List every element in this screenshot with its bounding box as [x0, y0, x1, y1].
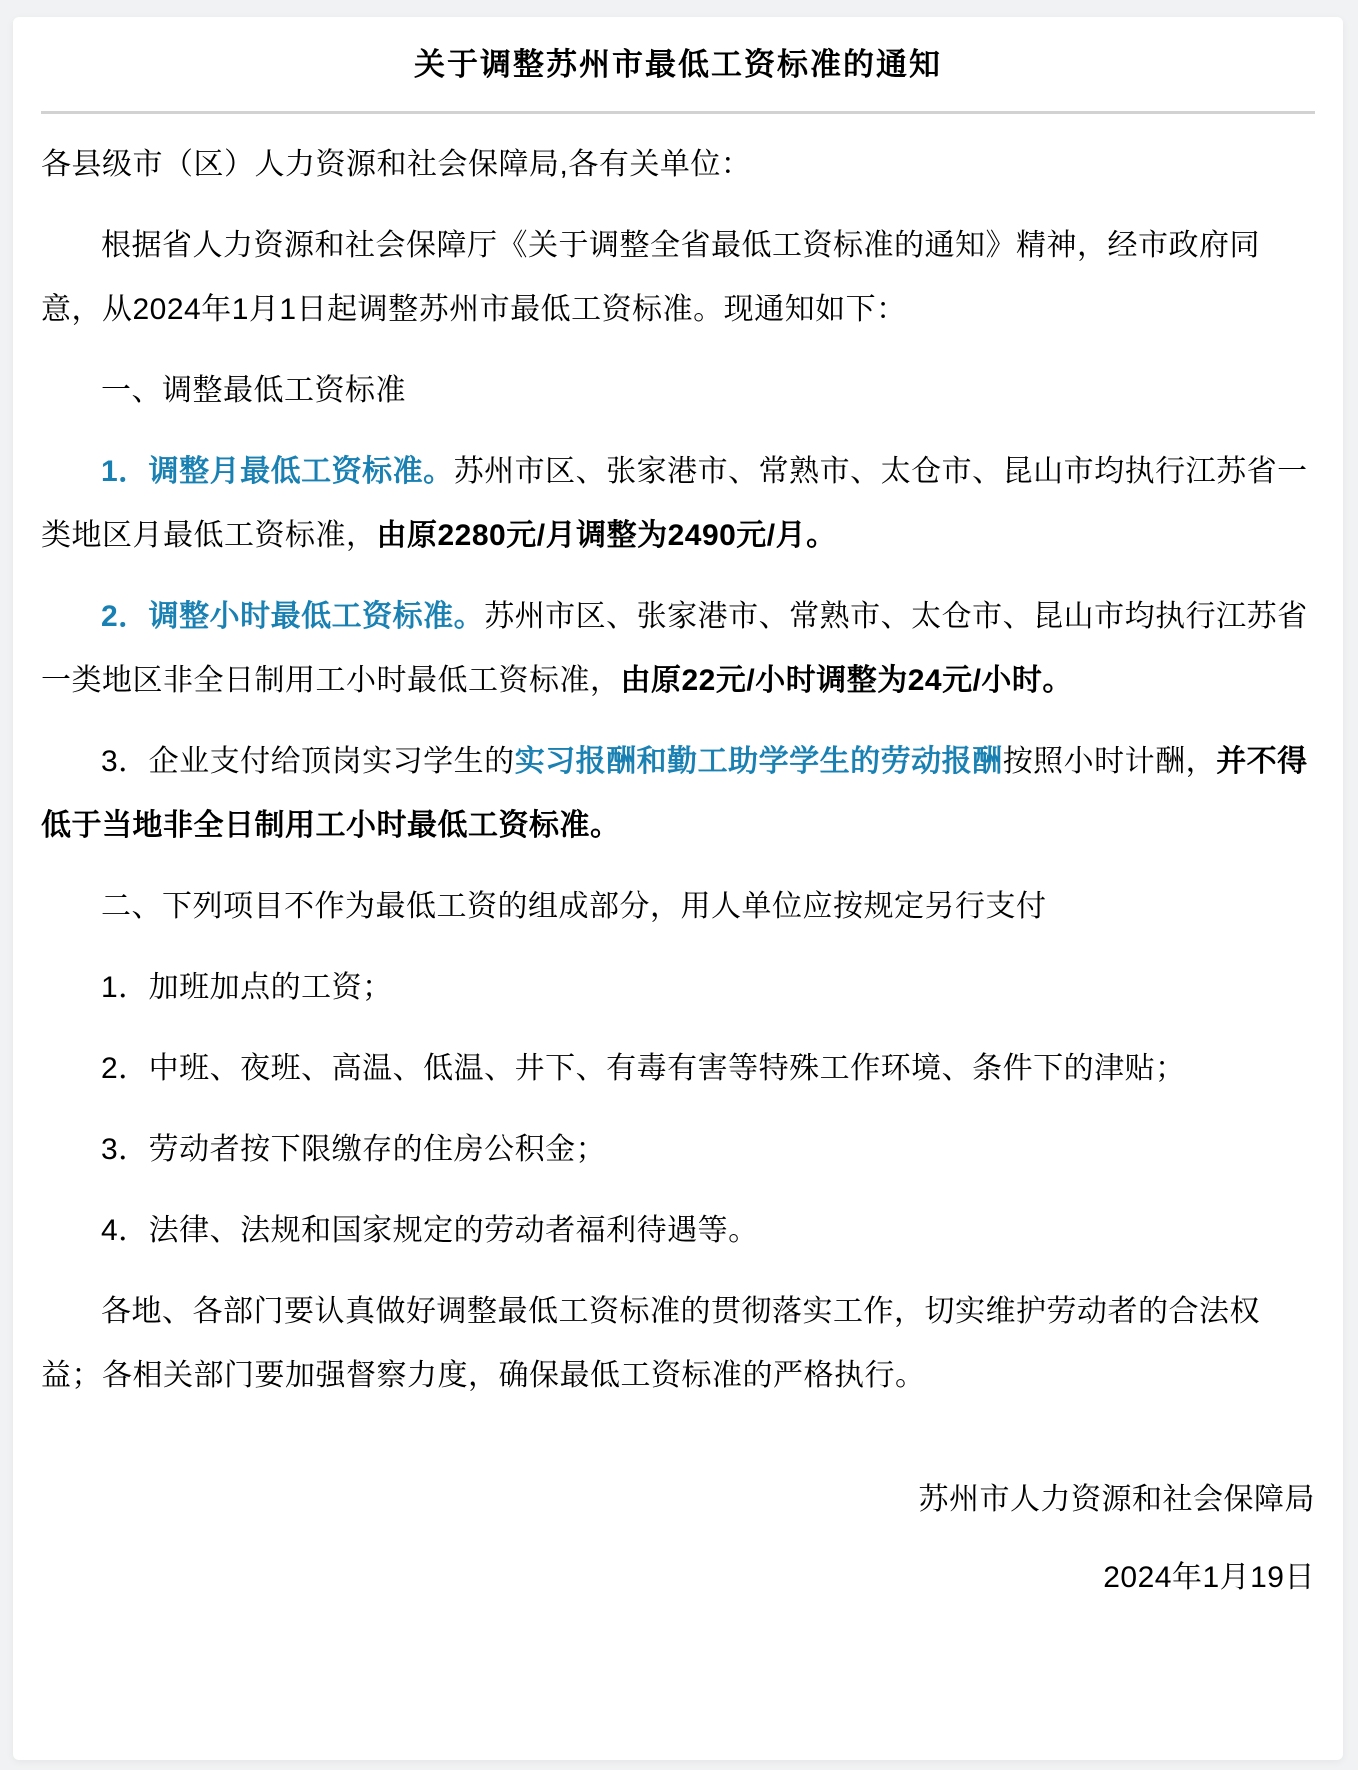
item3-prefix-text: 3．企业支付给顶岗实习学生的	[101, 745, 515, 778]
notice-body: 各县级市（区）人力资源和社会保障局,各有关单位： 根据省人力资源和社会保障厅《关…	[41, 133, 1315, 1408]
signature-date: 2024年1月19日	[41, 1546, 1315, 1610]
section2-item-1: 1．加班加点的工资；	[41, 956, 1315, 1020]
item1-lead-highlight: 1．调整月最低工资标准。	[101, 455, 454, 488]
salutation-line: 各县级市（区）人力资源和社会保障局,各有关单位：	[41, 133, 1315, 197]
section2-item-2: 2．中班、夜班、高温、低温、井下、有毒有害等特殊工作环境、条件下的津贴；	[41, 1037, 1315, 1101]
item2-lead-highlight: 2．调整小时最低工资标准。	[101, 600, 484, 633]
signature-issuer: 苏州市人力资源和社会保障局	[41, 1468, 1315, 1532]
notice-card: 关于调整苏州市最低工资标准的通知 各县级市（区）人力资源和社会保障局,各有关单位…	[13, 17, 1343, 1760]
section1-item2: 2．调整小时最低工资标准。苏州市区、张家港市、常熟市、太仓市、昆山市均执行江苏省…	[41, 585, 1315, 713]
closing-paragraph: 各地、各部门要认真做好调整最低工资标准的贯彻落实工作，切实维护劳动者的合法权益；…	[41, 1280, 1315, 1408]
item1-bold-figures: 由原2280元/月调整为2490元/月。	[377, 519, 837, 552]
page-background: { "colors": { "accent_blue": "#1880b2", …	[0, 0, 1358, 1770]
item2-bold-figures: 由原22元/小时调整为24元/小时。	[621, 664, 1073, 697]
section1-item1: 1．调整月最低工资标准。苏州市区、张家港市、常熟市、太仓市、昆山市均执行江苏省一…	[41, 440, 1315, 568]
title-divider	[41, 111, 1315, 114]
item3-blue-highlight: 实习报酬和勤工助学学生的劳动报酬	[515, 745, 1003, 778]
section1-item3: 3．企业支付给顶岗实习学生的实习报酬和勤工助学学生的劳动报酬按照小时计酬，并不得…	[41, 730, 1315, 858]
item3-middle-text: 按照小时计酬，	[1003, 745, 1217, 778]
section1-heading: 一、调整最低工资标准	[41, 359, 1315, 423]
section2-item-4: 4．法律、法规和国家规定的劳动者福利待遇等。	[41, 1199, 1315, 1263]
intro-paragraph: 根据省人力资源和社会保障厅《关于调整全省最低工资标准的通知》精神，经市政府同意，…	[41, 214, 1315, 342]
section2-item-3: 3．劳动者按下限缴存的住房公积金；	[41, 1118, 1315, 1182]
signature-block: 苏州市人力资源和社会保障局 2024年1月19日	[41, 1468, 1315, 1610]
notice-title: 关于调整苏州市最低工资标准的通知	[41, 43, 1315, 87]
section2-heading: 二、下列项目不作为最低工资的组成部分，用人单位应按规定另行支付	[41, 875, 1315, 939]
